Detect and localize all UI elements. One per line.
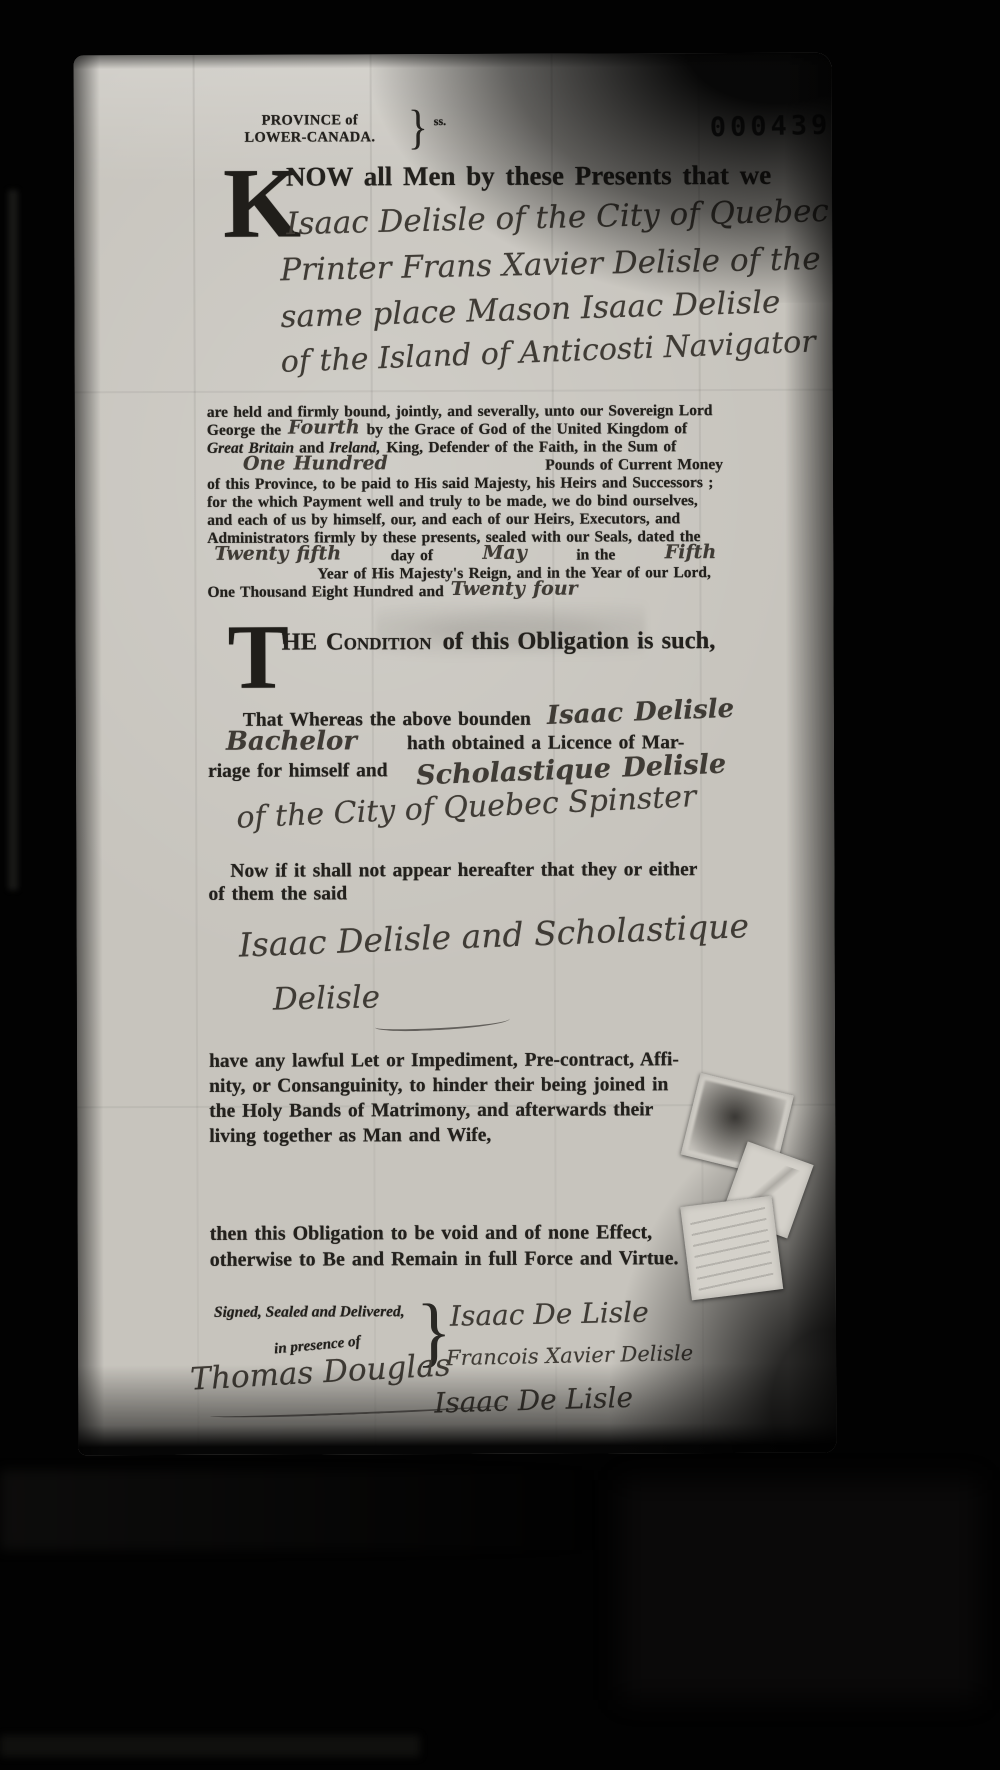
handwritten-couple-names-line2: Delisle (272, 979, 380, 1017)
pen-flourish (375, 1013, 510, 1032)
condition-line-6: of them the said (208, 883, 347, 905)
bond-line2-post: by the Grace of God of the United Kingdo… (367, 420, 688, 439)
condition-line-3: riage for himself and Scholastique Delis… (208, 751, 726, 784)
handwritten-day: Twenty fifth (214, 546, 341, 560)
fold-line (193, 55, 200, 1455)
handwritten-year: Twenty four (451, 582, 578, 596)
bond-line-9: Twenty fifth day of May in the Fifth (207, 546, 723, 566)
bond-line9-in-the: in the (576, 546, 615, 564)
crease-line (75, 389, 833, 394)
bond-line11-pre: One Thousand Eight Hundred and (207, 583, 443, 602)
bond-line-2: George the Fourth by the Grace of God of… (207, 420, 723, 440)
photographed-document-scan: PROVINCE of LOWER-CANADA. } ss. 000439 K… (0, 0, 1000, 1770)
wafer-seal (680, 1196, 783, 1301)
scan-streak (620, 1480, 980, 1700)
handwritten-king-ordinal: Fourth (288, 420, 360, 434)
bond-line-7: and each of us by himself, our, and each… (207, 510, 723, 530)
scan-streak (0, 1735, 420, 1757)
handwritten-sum: One Hundred (243, 456, 388, 471)
bond-paragraph: are held and firmly bound, jointly, and … (207, 402, 724, 602)
drop-cap-t: T (228, 623, 290, 692)
bond-line-5: of this Province, to be paid to His said… (207, 474, 723, 494)
bond-line9-day-of: day of (391, 547, 433, 565)
condition-heading-rest: of this Obligation is such, (443, 627, 716, 655)
condition-heading: HEConditionof this Obligation is such, (282, 627, 716, 657)
bond-line-6: for the which Payment well and truly to … (207, 492, 723, 512)
condition-line-5: Now if it shall not appear hereafter tha… (230, 859, 697, 883)
bond-line-1: are held and firmly bound, jointly, and … (207, 402, 723, 422)
bond-line-11: One Thousand Eight Hundred and Twenty fo… (207, 582, 723, 602)
seal-mark (689, 1205, 774, 1292)
condition-line3-pre: riage for himself and (208, 760, 388, 783)
handwritten-month: May (482, 546, 526, 560)
scan-edge-artifact (8, 190, 18, 890)
bond-document-page: PROVINCE of LOWER-CANADA. } ss. 000439 K… (74, 53, 837, 1456)
bond-line2-pre: George the (207, 422, 281, 440)
impediment-line-1: have any lawful Let or Impediment, Pre-c… (209, 1047, 679, 1074)
edge-shadow-top (74, 53, 832, 70)
handwritten-regnal-year: Fifth (665, 545, 717, 559)
condition-heading-he: HE (282, 628, 318, 655)
bond-line3-post: King, Defender of the Faith, in the Sum … (386, 438, 676, 457)
condition-heading-condition: Condition (326, 628, 432, 655)
bond-line4-post: Pounds of Current Money (545, 456, 723, 475)
handwritten-couple-names-line1: Isaac Delisle and Scholastique (238, 906, 750, 965)
signed-sealed-label: Signed, Sealed and Delivered, (214, 1303, 405, 1322)
impediment-line-2: nity, or Consanguinity, to hinder their … (209, 1072, 679, 1099)
edge-shadow-left (74, 55, 105, 1455)
bond-line-4: One Hundred Pounds of Current Money (207, 456, 723, 476)
vignette-top-right (371, 53, 836, 305)
